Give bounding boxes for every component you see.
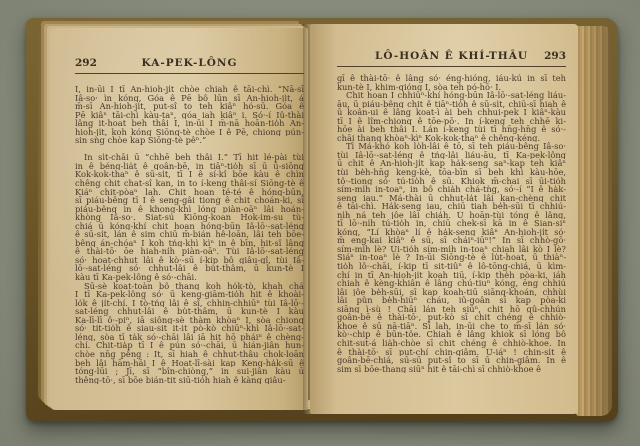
photo-background: 292 KA-PEK-LÔNG I, in-ūi I tī An-hioh-ji… xyxy=(0,0,640,446)
text-line: tī lō·-ni̍h tú-tio̍h in, chiū chek-sī kā… xyxy=(337,219,566,228)
left-page: 292 KA-PEK-LÔNG I, in-ūi I tī An-hioh-ji… xyxy=(50,28,308,410)
text-line: siāng ì-sù ! Chāi lán teh siūⁿ, chit hō … xyxy=(337,305,566,314)
text-line: sin sǹg chòe kap Siōng-tè pêⁿ.” xyxy=(75,136,304,145)
text-line: Iâ-so· ìn kóng, Góa ê Pē bô lūn sī An-hi… xyxy=(75,94,304,103)
text-line: só· tit-tio̍h ê siau-sit it-it pò-kò chi… xyxy=(75,324,304,333)
text-line: léng, sòa tī ta̍k só·-chāi lâi iā hit hō… xyxy=(75,333,304,342)
text-line: ū chit ê An-hioh-ji̍t kap ha̍k-seng saⁿ-… xyxy=(337,159,566,168)
text-line: chòe nn̄g pêng : It, sī hiah ê chhut-thâ… xyxy=(75,350,304,359)
text-line: ê thài-tō· sī put-chí chin-giâm. Ū-iáⁿ !… xyxy=(337,348,566,357)
open-book: 292 KA-PEK-LÔNG I, in-ūi I tī An-hioh-ji… xyxy=(26,18,618,422)
text-line: m̄-sī An-hioh-ji̍t, put-sî to teh kiâⁿ h… xyxy=(75,102,304,111)
text-line: tī I ê lîm-chiong ê tōe-pō·. In í-keng t… xyxy=(337,117,566,126)
text-line: I, in-ūi I tī An-hioh-ji̍t chòe chiah ê … xyxy=(75,85,304,94)
text-line: ê sū-si̍t, lán ê sim chiū m̄-bián hê-loā… xyxy=(75,230,304,239)
text-line: chiá ū kóng-khí chit hoan hóng-būn Iâ-lō… xyxy=(75,222,304,231)
text-line: Tī Má-khó koh lo̍h-lâi ê tō, sī teh piáu… xyxy=(337,142,566,151)
text-line: lâi pûn be̍h-hiūⁿ cháu, iû-goân sī kap p… xyxy=(337,296,566,305)
text-line: tùi be̍h-hn̄g keng-kè, tōa-bīn sī beh kh… xyxy=(337,168,566,177)
text-line: āu, ū piáu-bêng chit ê tiāⁿ-tio̍h ê sū-s… xyxy=(337,100,566,109)
right-page: LÔ-HOÂN Ê KHÍ-THÂU 293 gī ê thài-tō· ê l… xyxy=(310,24,578,414)
right-page-content: LÔ-HOÂN Ê KHÍ-THÂU 293 gī ê thài-tō· ê l… xyxy=(310,24,578,414)
text-line: kò·-chip ê būn-tôe. Chiah ê lâng khiok s… xyxy=(337,330,566,339)
text-line: lo̍k ê ji̍t-chí. I tò-tńg lâi ê sî, chhi… xyxy=(75,299,304,308)
text-line: kàu tī Ka-pek-lông ê só·-chāi. xyxy=(75,273,304,282)
text-line: sī piáu-bêng tī I ê seng-gâi tiong ê chi… xyxy=(75,196,304,205)
text-line: I tī Ka-pek-lông só· ū keng-giām-tio̍h h… xyxy=(75,290,304,299)
text-line: ê tāi-chì. Ha̍k-seng iau, chiū tiah be̍h… xyxy=(337,202,566,211)
text-line: in ê béng-lia̍t ê goân-bē, in tiāⁿ-tio̍h… xyxy=(75,162,304,171)
text-line: chí. Chit-tia̍p tī I ê pún só·-chāi, ū h… xyxy=(75,341,304,350)
text-line: chāi thang khòaⁿ-kìⁿ Kok-kok-thaⁿ ê chên… xyxy=(337,134,566,143)
text-line: Ka-lī-lī ô·-piⁿ, iā siông-sè thàm khòaⁿ … xyxy=(75,316,304,325)
text-line: m̄ eng-kai kiâⁿ ê sū, sī cháiⁿ-iūⁿ!” In … xyxy=(337,236,566,245)
text-line: khoe ê sū nā-tiāⁿ. Sī lah, in-ūi che to … xyxy=(337,322,566,331)
left-page-number: 292 xyxy=(75,57,97,69)
text-line: Pē kiâⁿ tāi-chì kàu-taⁿ, góa iah kiâⁿ i.… xyxy=(75,111,304,120)
text-line: Chit hoan I chhiūⁿ-khí hóng-būn Iâ-lō·-s… xyxy=(337,91,566,100)
text-line: tô·-tiong só· tú-tio̍h ê sū. Khiok m̄-ch… xyxy=(337,177,566,186)
text-line: lō·-sat-léng só· chhut-lâi ê bu̍t-thâm, … xyxy=(75,264,304,273)
text-line: Kiáⁿ chit-pòaⁿ lah. Chit hoan té-té ê hó… xyxy=(75,188,304,197)
text-line: In si̍t-chāi ū “chhē beh thâi I.” Tī hit… xyxy=(75,153,304,162)
text-line: ê thài-tō· ōe hiah-ni̍h piàn-oāⁿ. Tùi Iâ… xyxy=(75,247,304,256)
text-line: Sū-sè koat-toàn bô thang koh ho̍k-tò, kh… xyxy=(75,282,304,291)
text-line: sím-mi̍h in-toaⁿ, in bô chia̍h chá-tǹg, … xyxy=(337,185,566,194)
right-running-title: LÔ-HOÂN Ê KHÍ-THÂU xyxy=(375,50,528,62)
left-header-rule xyxy=(75,73,304,74)
text-line: chêng chit chat-sî kan, in to í-keng thâ… xyxy=(75,179,304,188)
right-page-number: 293 xyxy=(544,50,566,62)
text-line: tóng-lūi ; Jī, sī “bîn-chiòng,” in sui-j… xyxy=(75,367,304,376)
text-line: Kok-kok-thaⁿ ê sū-si̍t, tī I ê sí-kî bōe… xyxy=(75,170,304,179)
text-line: só· hoat-chhut lâi ê kò·-sū í-kip bô giâ… xyxy=(75,256,304,265)
paragraph-gap xyxy=(75,145,304,154)
fore-edge-page-stack xyxy=(576,26,612,416)
text-line: gī ê thài-tō· ê lâng só· éng-hióng, iáu-… xyxy=(337,74,566,83)
text-line: tùi Iâ-lō·-sat-léng ê tńg-lâi liáu-āu, t… xyxy=(337,151,566,160)
left-page-body: I, in-ūi I tī An-hioh-ji̍t chòe chiah ê … xyxy=(75,85,304,384)
text-line: sím-mi̍h lè? Ūi-tio̍h sím-mi̍h in-toaⁿ c… xyxy=(337,245,566,254)
left-page-header: 292 KA-PEK-LÔNG xyxy=(75,57,304,70)
text-line: goân-bē-chiá, sū-sū put-sî to sī ū chin-… xyxy=(337,356,566,365)
text-line: sim sī bōe-thang siūⁿ hit ê tāi-chì sī c… xyxy=(337,365,566,374)
right-header-rule xyxy=(337,66,566,67)
text-line: khòng Iâ-so·. Siat-sú Kiōng-koan Hok-im-… xyxy=(75,213,304,222)
text-line: bêng án-chóaⁿ I koh tńg-khì kìⁿ in ê bīn… xyxy=(75,239,304,248)
text-line: lâi jôe be̍h-sūi, sī kap koah-tiū siāng-… xyxy=(337,288,566,297)
text-line: lâng it-hoat beh thâi I, in-ūi I m̄-nā h… xyxy=(75,119,304,128)
text-line: ni̍h ná teh jôe lâi chia̍h. Ū hoān-tùi t… xyxy=(337,211,566,220)
text-line: seng iau.” Má-thài ū chhut-la̍t lâi kan-… xyxy=(337,194,566,203)
left-running-title: KA-PEK-LÔNG xyxy=(142,57,238,69)
text-line: kun-tè I, khim-gióng I, sòa teh pó-hō· I… xyxy=(337,83,566,92)
text-line: chit-sut-á lia̍h-chòe sī chit chéng ê ch… xyxy=(337,339,566,348)
text-line: hōe ài beh thâi I. Lán í-keng tùi tī hn̄… xyxy=(337,125,566,134)
text-line: sat-léng chhut-lâi ê bu̍t-thâm, ū kun-tè… xyxy=(75,307,304,316)
text-line: Siáⁿ in-toaⁿ lè ? In-ūi Siōng-tè ê lu̍t-… xyxy=(337,253,566,262)
text-line: beh lâi hām-hāi I ê Hoat-lī-sài kap Keng… xyxy=(75,359,304,368)
text-line: tio̍h lô·-chāi, í-kip tī sit-tiûⁿ ê lô-t… xyxy=(337,262,566,271)
text-line: chí in tī An-hioh-ji̍t koah tiū, í-kip t… xyxy=(337,271,566,280)
text-line: thêng-tō·, sī bōe bián-tit siū-tio̍h hia… xyxy=(75,376,304,385)
text-line: goân-bē ê thài-tō·, put-kò sī chit chéng… xyxy=(337,313,566,322)
text-line: ū koân-ui ê lâng koat-ì ài beh chhui-pek… xyxy=(337,108,566,117)
left-page-content: 292 KA-PEK-LÔNG I, in-ūi I tī An-hioh-ji… xyxy=(50,28,308,410)
text-line: chiah ê kèng-khiân ê lâng chú-tiuⁿ kóng,… xyxy=(337,279,566,288)
text-line: kóng, “Lí khòaⁿ lí ê ha̍k-seng kiâⁿ An-h… xyxy=(337,228,566,237)
text-line: piáu-bêng in ê khong-khì lóng piàn-oāⁿ l… xyxy=(75,205,304,214)
text-line: hioh-ji̍t, koh kóng Siōng-tè chòe I ê Pē… xyxy=(75,128,304,137)
right-page-header: LÔ-HOÂN Ê KHÍ-THÂU 293 xyxy=(337,50,566,63)
right-page-body: gī ê thài-tō· ê lâng só· éng-hióng, iáu-… xyxy=(337,74,566,373)
